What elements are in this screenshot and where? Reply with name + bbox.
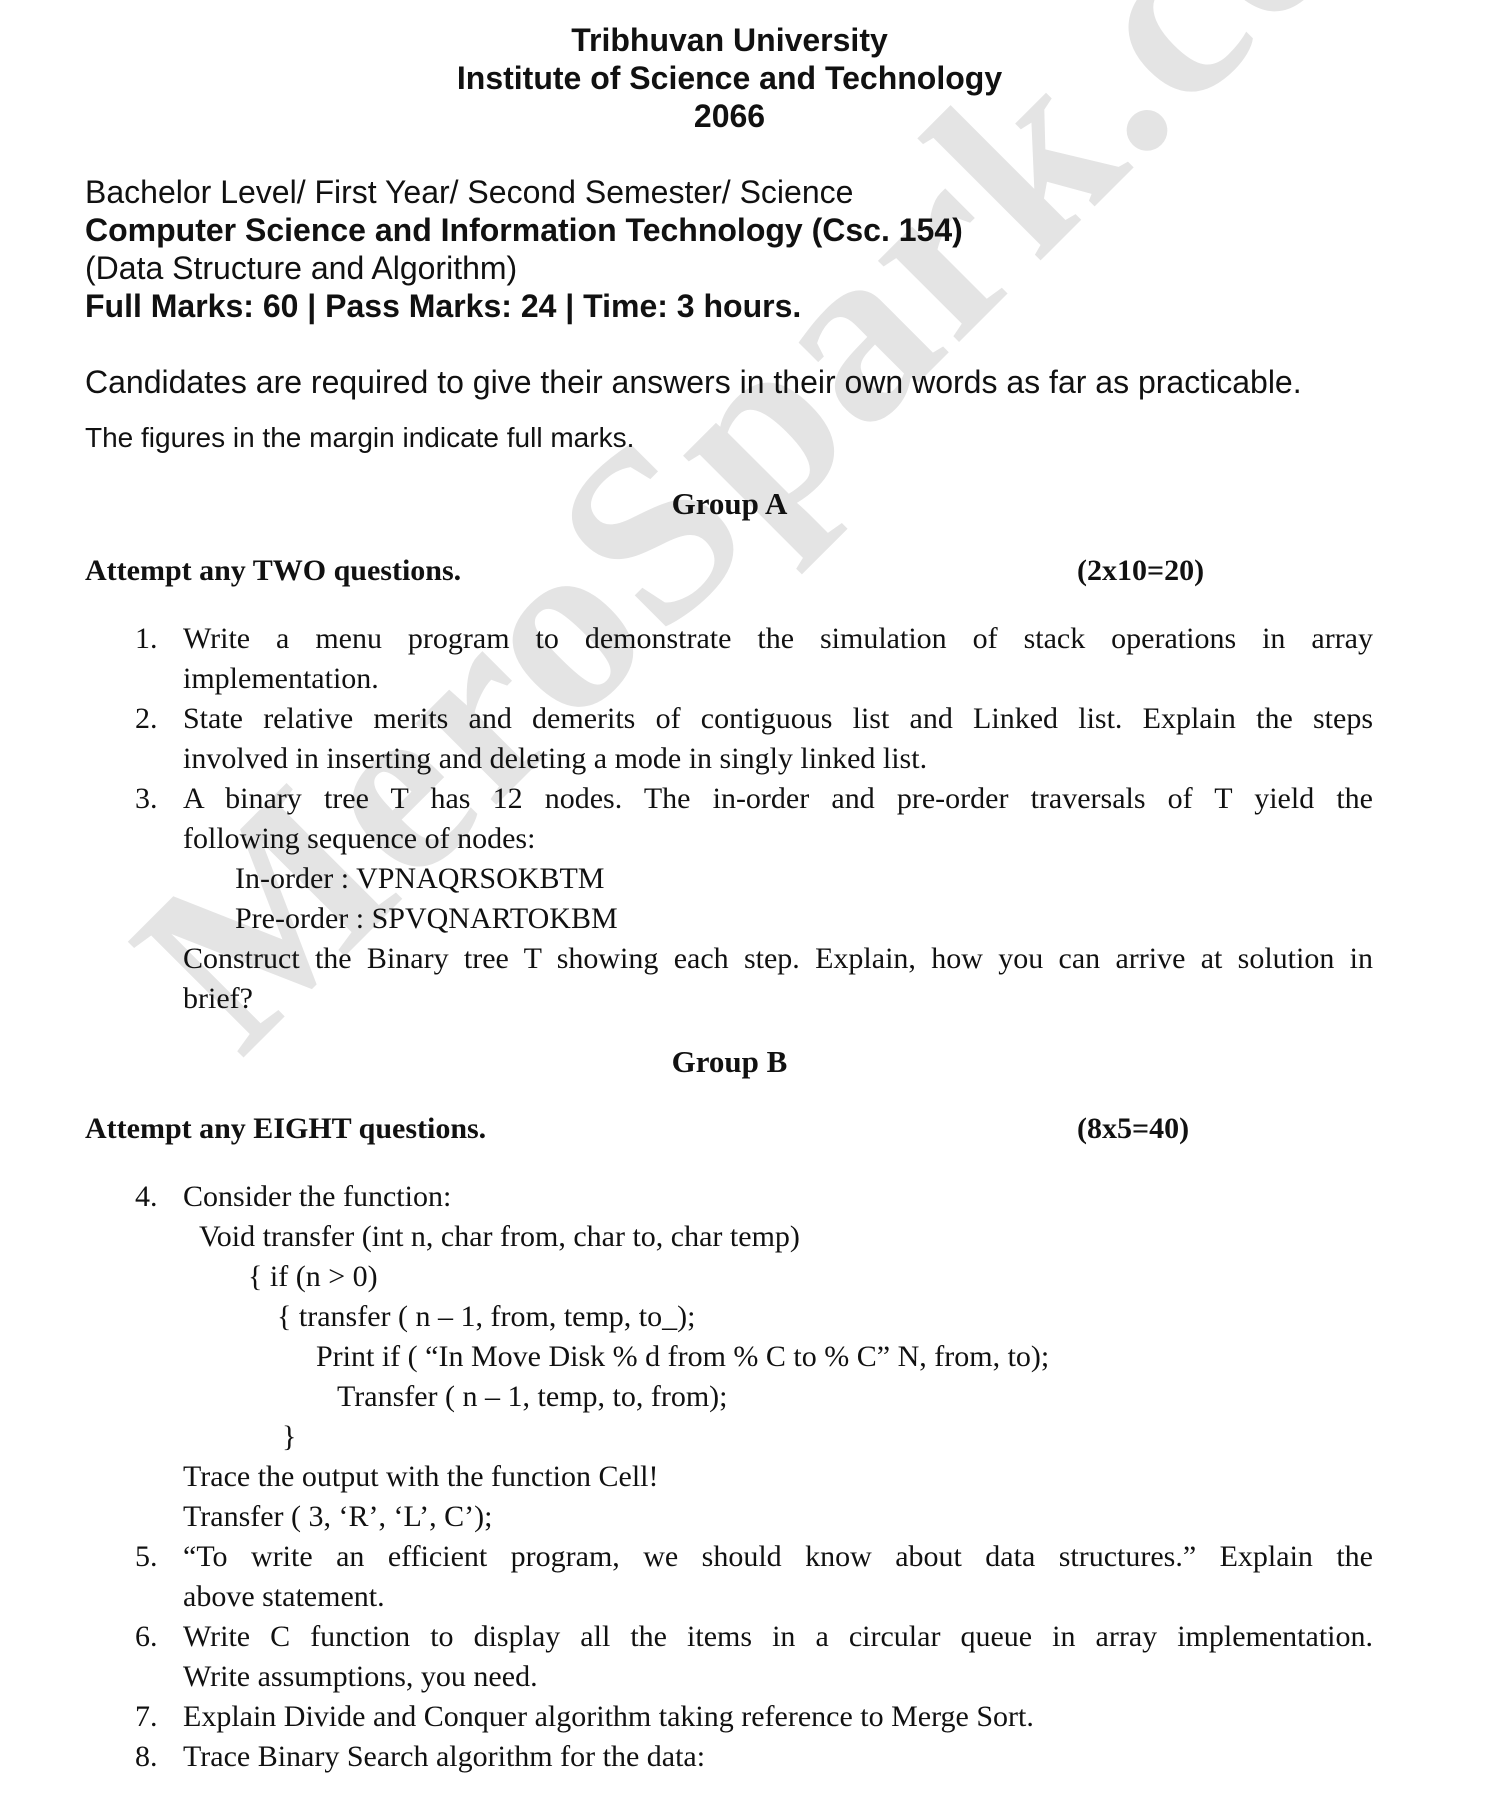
question-6-line: Write assumptions, you need. [183, 1660, 538, 1694]
question-7-line: Explain Divide and Conquer algorithm tak… [183, 1700, 1034, 1734]
question-number: 7. [135, 1700, 158, 1734]
question-2-line: involved in inserting and deleting a mod… [183, 742, 927, 776]
question-8-line: Trace Binary Search algorithm for the da… [183, 1740, 705, 1774]
in-order-sequence: In-order : VPNAQRSOKBTM [235, 862, 604, 896]
university-title: Tribhuvan University [0, 22, 1459, 59]
question-5-line: above statement. [183, 1580, 385, 1614]
instruction-marks: The figures in the margin indicate full … [85, 422, 634, 454]
question-number: 4. [135, 1180, 158, 1214]
question-number: 5. [135, 1540, 158, 1574]
question-3-line: brief? [183, 982, 253, 1016]
pre-order-sequence: Pre-order : SPVQNARTOKBM [235, 902, 618, 936]
code-line: { transfer ( n – 1, from, temp, to_); [277, 1300, 695, 1334]
question-number: 6. [135, 1620, 158, 1654]
code-line: Print if ( “In Move Disk % d from % C to… [316, 1340, 1049, 1374]
course-level: Bachelor Level/ First Year/ Second Semes… [85, 174, 853, 211]
question-4-line: Transfer ( 3, ‘R’, ‘L’, C’); [183, 1500, 492, 1534]
question-number: 1. [135, 622, 158, 656]
group-a-attempt: Attempt any TWO questions. [85, 554, 461, 588]
group-a-marks: (2x10=20) [1077, 554, 1204, 588]
question-number: 3. [135, 782, 158, 816]
code-line: Transfer ( n – 1, temp, to, from); [337, 1380, 728, 1414]
question-number: 2. [135, 702, 158, 736]
question-1-line: implementation. [183, 662, 379, 696]
question-number: 8. [135, 1740, 158, 1774]
code-line: Void transfer (int n, char from, char to… [199, 1220, 800, 1254]
exam-year: 2066 [0, 98, 1459, 135]
course-program: Computer Science and Information Technol… [85, 212, 963, 249]
institute-title: Institute of Science and Technology [0, 60, 1459, 97]
question-5-line: “To write an efficient program, we shoul… [183, 1540, 1373, 1574]
course-subject: (Data Structure and Algorithm) [85, 250, 517, 287]
marks-time: Full Marks: 60 | Pass Marks: 24 | Time: … [85, 288, 801, 325]
question-2-line: State relative merits and demerits of co… [183, 702, 1373, 736]
code-line: } [282, 1420, 296, 1454]
group-b-attempt: Attempt any EIGHT questions. [85, 1112, 486, 1146]
group-a-title: Group A [0, 486, 1459, 522]
question-4-line: Consider the function: [183, 1180, 451, 1214]
question-4-line: Trace the output with the function Cell! [183, 1460, 658, 1494]
question-3-line: following sequence of nodes: [183, 822, 535, 856]
instruction-own-words: Candidates are required to give their an… [85, 364, 1302, 401]
question-3-line: Construct the Binary tree T showing each… [183, 942, 1373, 976]
group-b-marks: (8x5=40) [1077, 1112, 1189, 1146]
code-line: { if (n > 0) [248, 1260, 378, 1294]
question-6-line: Write C function to display all the item… [183, 1620, 1373, 1654]
group-b-title: Group B [0, 1044, 1459, 1080]
question-1-line: Write a menu program to demonstrate the … [183, 622, 1373, 656]
watermark: MeroSpark.com [80, 0, 1489, 1104]
question-3-line: A binary tree T has 12 nodes. The in-ord… [183, 782, 1373, 816]
